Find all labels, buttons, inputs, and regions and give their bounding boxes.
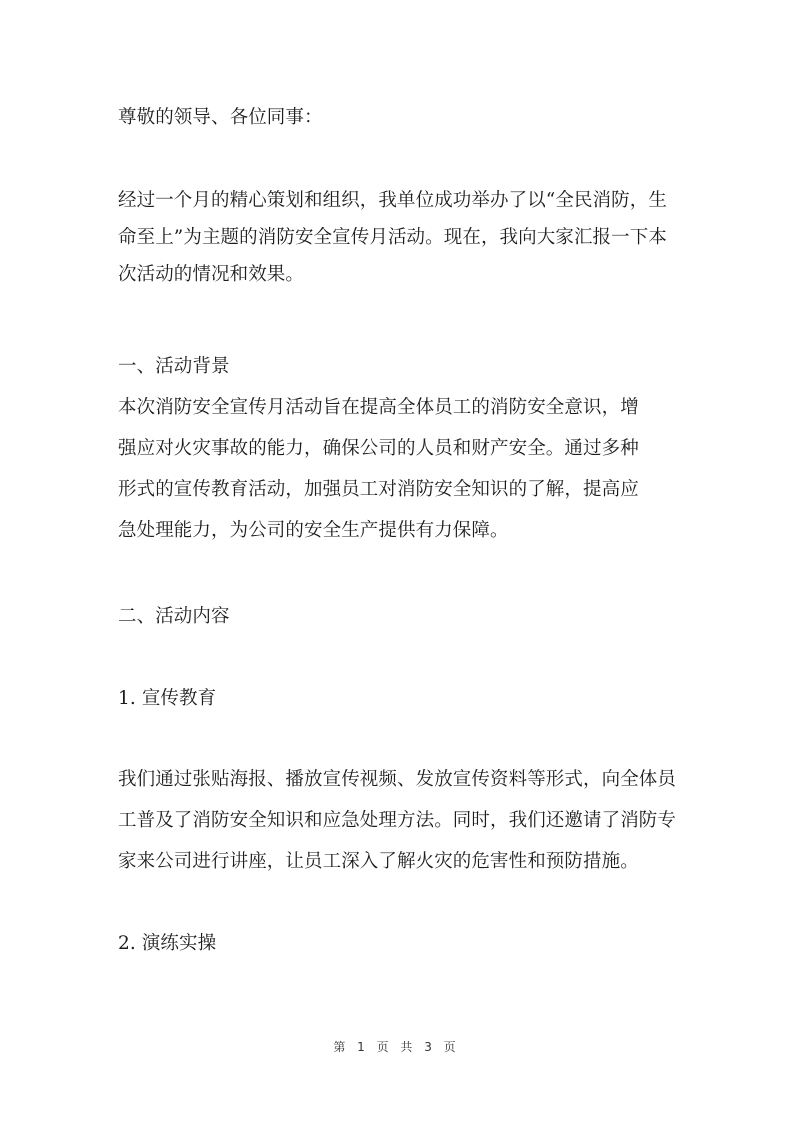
paragraph-line: 我们通过张贴海报、播放宣传视频、发放宣传资料等形式，向全体员 (118, 768, 678, 792)
document-page: 尊敬的领导、各位同事： 经过一个月的精心策划和组织，我单位成功举办了以“全民消防… (0, 0, 793, 1122)
paragraph-line: 经过一个月的精心策划和组织，我单位成功举办了以“全民消防，生 (118, 189, 678, 213)
section-heading-background: 一、活动背景 (118, 355, 678, 379)
paragraph-line: 强应对火灾事故的能力，确保公司的人员和财产安全。通过多种 (118, 437, 678, 461)
paragraph-line: 急处理能力，为公司的安全生产提供有力保障。 (118, 519, 678, 543)
subheading-drill: 2. 演练实操 (118, 932, 678, 956)
paragraph-line: 工普及了消防安全知识和应急处理方法。同时，我们还邀请了消防专 (118, 809, 678, 833)
paragraph-line: 次活动的情况和效果。 (118, 263, 678, 287)
salutation: 尊敬的领导、各位同事： (118, 106, 678, 130)
paragraph-line: 命至上”为主题的消防安全宣传月活动。现在，我向大家汇报一下本 (118, 226, 678, 250)
paragraph-line: 形式的宣传教育活动，加强员工对消防安全知识的了解，提高应 (118, 478, 678, 502)
paragraph-line: 家来公司进行讲座，让员工深入了解火灾的危害性和预防措施。 (118, 850, 678, 874)
subheading-publicity: 1. 宣传教育 (118, 687, 678, 711)
paragraph-line: 本次消防安全宣传月活动旨在提高全体员工的消防安全意识，增 (118, 396, 678, 420)
page-number-footer: 第 1 页 共 3 页 (0, 1038, 793, 1055)
section-heading-content: 二、活动内容 (118, 605, 678, 629)
